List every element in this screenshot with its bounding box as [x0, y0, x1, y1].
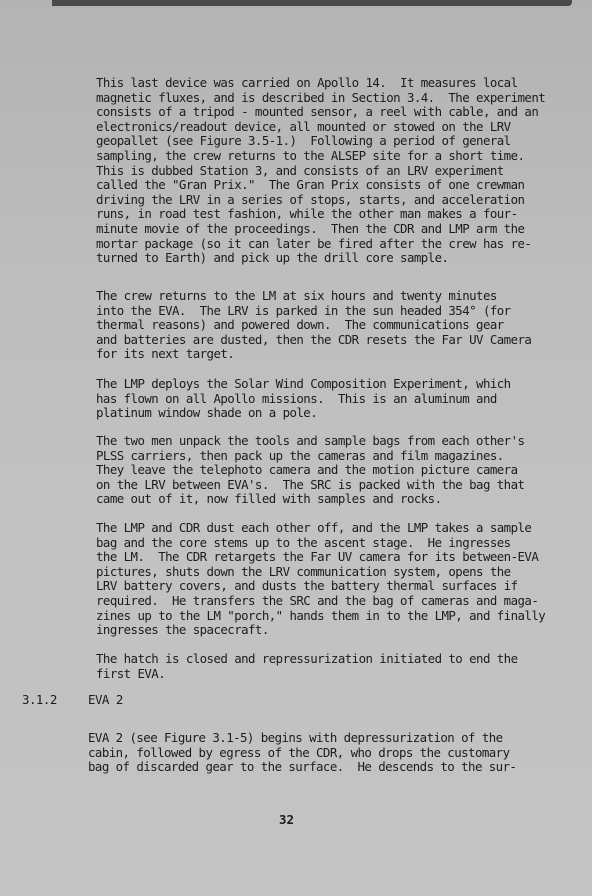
scan-edge-band — [52, 0, 572, 6]
paragraph-return-to-lm: The crew returns to the LM at six hours … — [96, 289, 586, 362]
page-number: 32 — [279, 812, 294, 827]
section-number: 3.1.2 — [22, 692, 57, 707]
paragraph-dust-off: The LMP and CDR dust each other off, and… — [96, 521, 586, 638]
paragraph-magnetometer: This last device was carried on Apollo 1… — [96, 76, 586, 266]
section-heading: EVA 2 — [88, 692, 123, 707]
paragraph-eva2: EVA 2 (see Figure 3.1-5) begins with dep… — [88, 731, 578, 775]
paragraph-unpack-tools: The two men unpack the tools and sample … — [96, 434, 586, 507]
paragraph-solar-wind: The LMP deploys the Solar Wind Compositi… — [96, 377, 586, 421]
paragraph-hatch-closed: The hatch is closed and repressurization… — [96, 652, 586, 681]
